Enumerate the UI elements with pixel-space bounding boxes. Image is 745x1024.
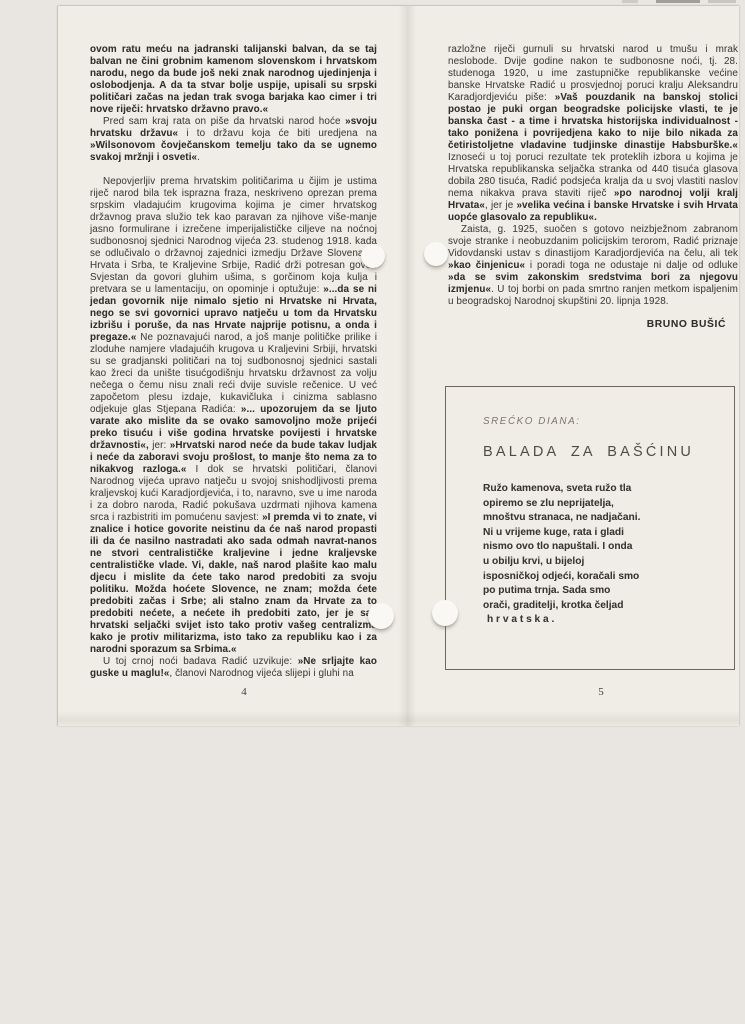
paragraph: Zaista, g. 1925, suočen s gotovo neizbje… [448, 224, 738, 308]
poem-box-content: SREĆKO DIANA: BALADA ZA BAŠĆINU Ružo kam… [446, 387, 734, 628]
hole-punch [361, 244, 385, 268]
hole-punch [368, 603, 394, 629]
page-gutter-shadow [398, 6, 416, 726]
poem-title: BALADA ZA BAŠĆINU [483, 444, 716, 460]
paragraph: ovom ratu meću na jadranski talijanski b… [90, 44, 377, 116]
paragraph: Nepovjerljiv prema hrvatskim političarim… [90, 176, 377, 656]
page-number-left: 4 [232, 686, 256, 698]
right-page-text-column: razložne riječi gurnuli su hrvatski naro… [448, 44, 738, 331]
page-number-right: 5 [589, 686, 613, 698]
poem-author: SREĆKO DIANA: [483, 416, 716, 427]
author-signature: BRUNO BUŠIĆ [448, 319, 738, 331]
scan-edge-mark [708, 0, 736, 3]
left-page-text-column: ovom ratu meću na jadranski talijanski b… [90, 44, 377, 680]
hole-punch [424, 242, 448, 266]
poem-box: SREĆKO DIANA: BALADA ZA BAŠĆINU Ružo kam… [445, 386, 735, 670]
hole-punch [432, 600, 458, 626]
poem-text: Ružo kamenova, sveta ružo tlaopiremo se … [483, 482, 716, 628]
paragraph: U toj crnoj noći badava Radić uzvikuje: … [90, 656, 377, 680]
paragraph: Pred sam kraj rata on piše da hrvatski n… [90, 116, 377, 164]
paragraph: razložne riječi gurnuli su hrvatski naro… [448, 44, 738, 224]
scan-edge-mark [656, 0, 700, 3]
page-bottom-edge-shadow [58, 711, 739, 728]
scan-edge-mark [622, 0, 638, 3]
